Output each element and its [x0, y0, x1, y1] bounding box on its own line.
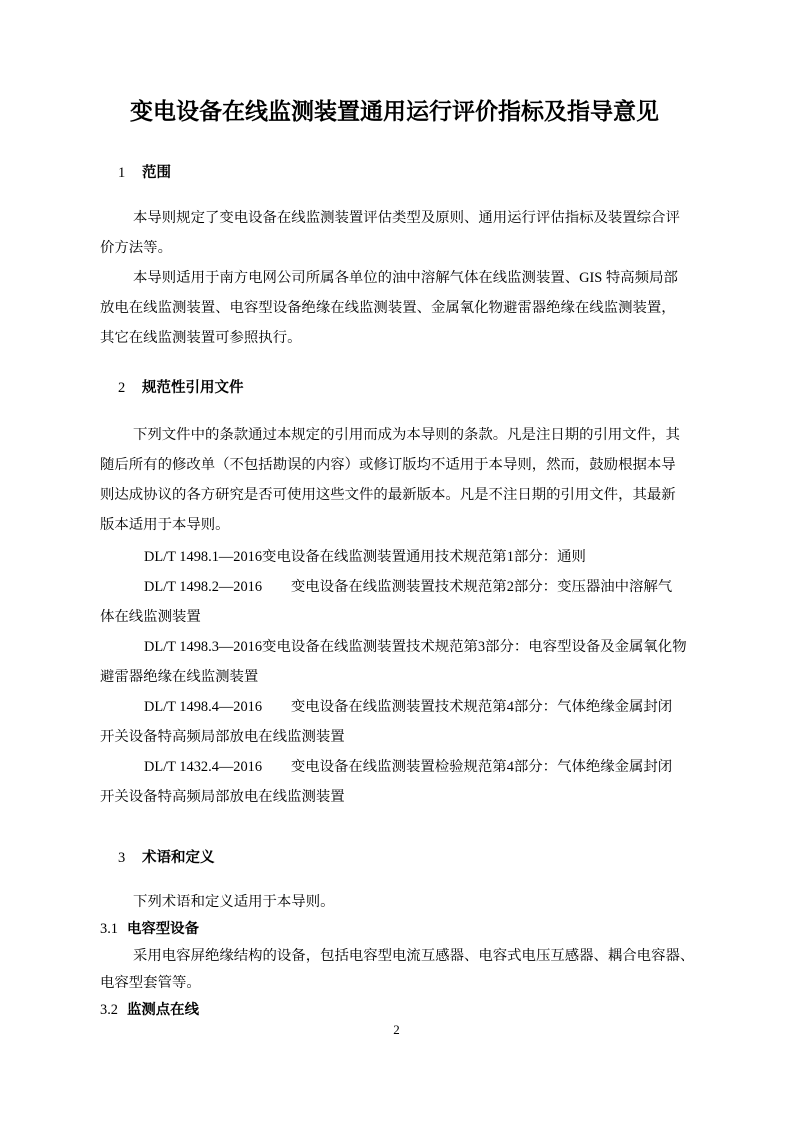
document-title: 变电设备在线监测装置通用运行评价指标及指导意见	[100, 93, 676, 129]
paragraph-line: 随后所有的修改单（不包括勘误的内容）或修订版均不适用于本导则，然而，鼓励根据本导	[100, 450, 676, 480]
reference-line: DL/T 1498.1—2016变电设备在线监测装置通用技术规范第1部分：通则	[100, 542, 676, 572]
section-1-title: 范围	[142, 165, 171, 181]
reference-line: 避雷器绝缘在线监测装置	[100, 662, 676, 692]
paragraph-line: 版本适用于本导则。	[100, 510, 676, 540]
section-3-heading: 3术语和定义	[100, 843, 676, 873]
page-number: 2	[0, 1020, 793, 1040]
section-2-heading: 2规范性引用文件	[100, 373, 676, 403]
reference-line: 开关设备特高频局部放电在线监测装置	[100, 722, 676, 752]
document-page: 变电设备在线监测装置通用运行评价指标及指导意见 1范围 本导则规定了变电设备在线…	[0, 0, 793, 1122]
section-1-heading: 1范围	[100, 158, 676, 188]
paragraph-line: 本导则适用于南方电网公司所属各单位的油中溶解气体在线监测装置、GIS 特高频局部	[100, 263, 676, 293]
definition-3-2-term: 监测点在线	[127, 1002, 199, 1018]
paragraph-references-intro: 下列文件中的条款通过本规定的引用而成为本导则的条款。凡是注日期的引用文件，其 随…	[100, 420, 676, 540]
paragraph-line: 本导则规定了变电设备在线监测装置评估类型及原则、通用运行评估指标及装置综合评	[100, 203, 676, 233]
paragraph-line: 价方法等。	[100, 233, 676, 263]
paragraph-scope-2: 本导则适用于南方电网公司所属各单位的油中溶解气体在线监测装置、GIS 特高频局部…	[100, 263, 676, 353]
paragraph-line: 放电在线监测装置、电容型设备绝缘在线监测装置、金属氧化物避雷器绝缘在线监测装置，	[100, 293, 676, 323]
section-2-number: 2	[118, 373, 142, 403]
section-2-title: 规范性引用文件	[142, 380, 244, 396]
definition-3-1-number: 3.1	[100, 921, 118, 937]
paragraph-line: 其它在线监测装置可参照执行。	[100, 323, 676, 353]
section-3-title: 术语和定义	[142, 850, 215, 866]
reference-line: 体在线监测装置	[100, 602, 676, 632]
paragraph-line: 下列术语和定义适用于本导则。	[100, 889, 676, 916]
paragraph-line: 则达成协议的各方研究是否可使用这些文件的最新版本。凡是不注日期的引用文件，其最新	[100, 480, 676, 510]
paragraph-scope-1: 本导则规定了变电设备在线监测装置评估类型及原则、通用运行评估指标及装置综合评 价…	[100, 203, 676, 263]
definition-3-1-term: 电容型设备	[127, 921, 199, 937]
definition-3-1-heading: 3.1电容型设备	[100, 916, 676, 943]
reference-line: DL/T 1498.2—2016 变电设备在线监测装置技术规范第2部分：变压器油…	[100, 572, 676, 602]
section-1-number: 1	[118, 158, 142, 188]
reference-line: DL/T 1498.3—2016变电设备在线监测装置技术规范第3部分：电容型设备…	[100, 632, 676, 662]
section-3-number: 3	[118, 843, 142, 873]
definition-3-2-number: 3.2	[100, 1002, 118, 1018]
reference-line: 开关设备特高频局部放电在线监测装置	[100, 782, 676, 812]
paragraph-line: 采用电容屏绝缘结构的设备，包括电容型电流互感器、电容式电压互感器、耦合电容器、	[100, 943, 676, 970]
reference-line: DL/T 1498.4—2016 变电设备在线监测装置技术规范第4部分：气体绝缘…	[100, 692, 676, 722]
section-3-body: 下列术语和定义适用于本导则。 3.1电容型设备 采用电容屏绝缘结构的设备，包括电…	[100, 889, 676, 1024]
paragraph-line: 电容型套管等。	[100, 970, 676, 997]
reference-line: DL/T 1432.4—2016 变电设备在线监测装置检验规范第4部分：气体绝缘…	[100, 752, 676, 782]
reference-list: DL/T 1498.1—2016变电设备在线监测装置通用技术规范第1部分：通则 …	[100, 542, 676, 812]
document-content: 变电设备在线监测装置通用运行评价指标及指导意见 1范围 本导则规定了变电设备在线…	[100, 0, 676, 1024]
paragraph-line: 下列文件中的条款通过本规定的引用而成为本导则的条款。凡是注日期的引用文件，其	[100, 420, 676, 450]
